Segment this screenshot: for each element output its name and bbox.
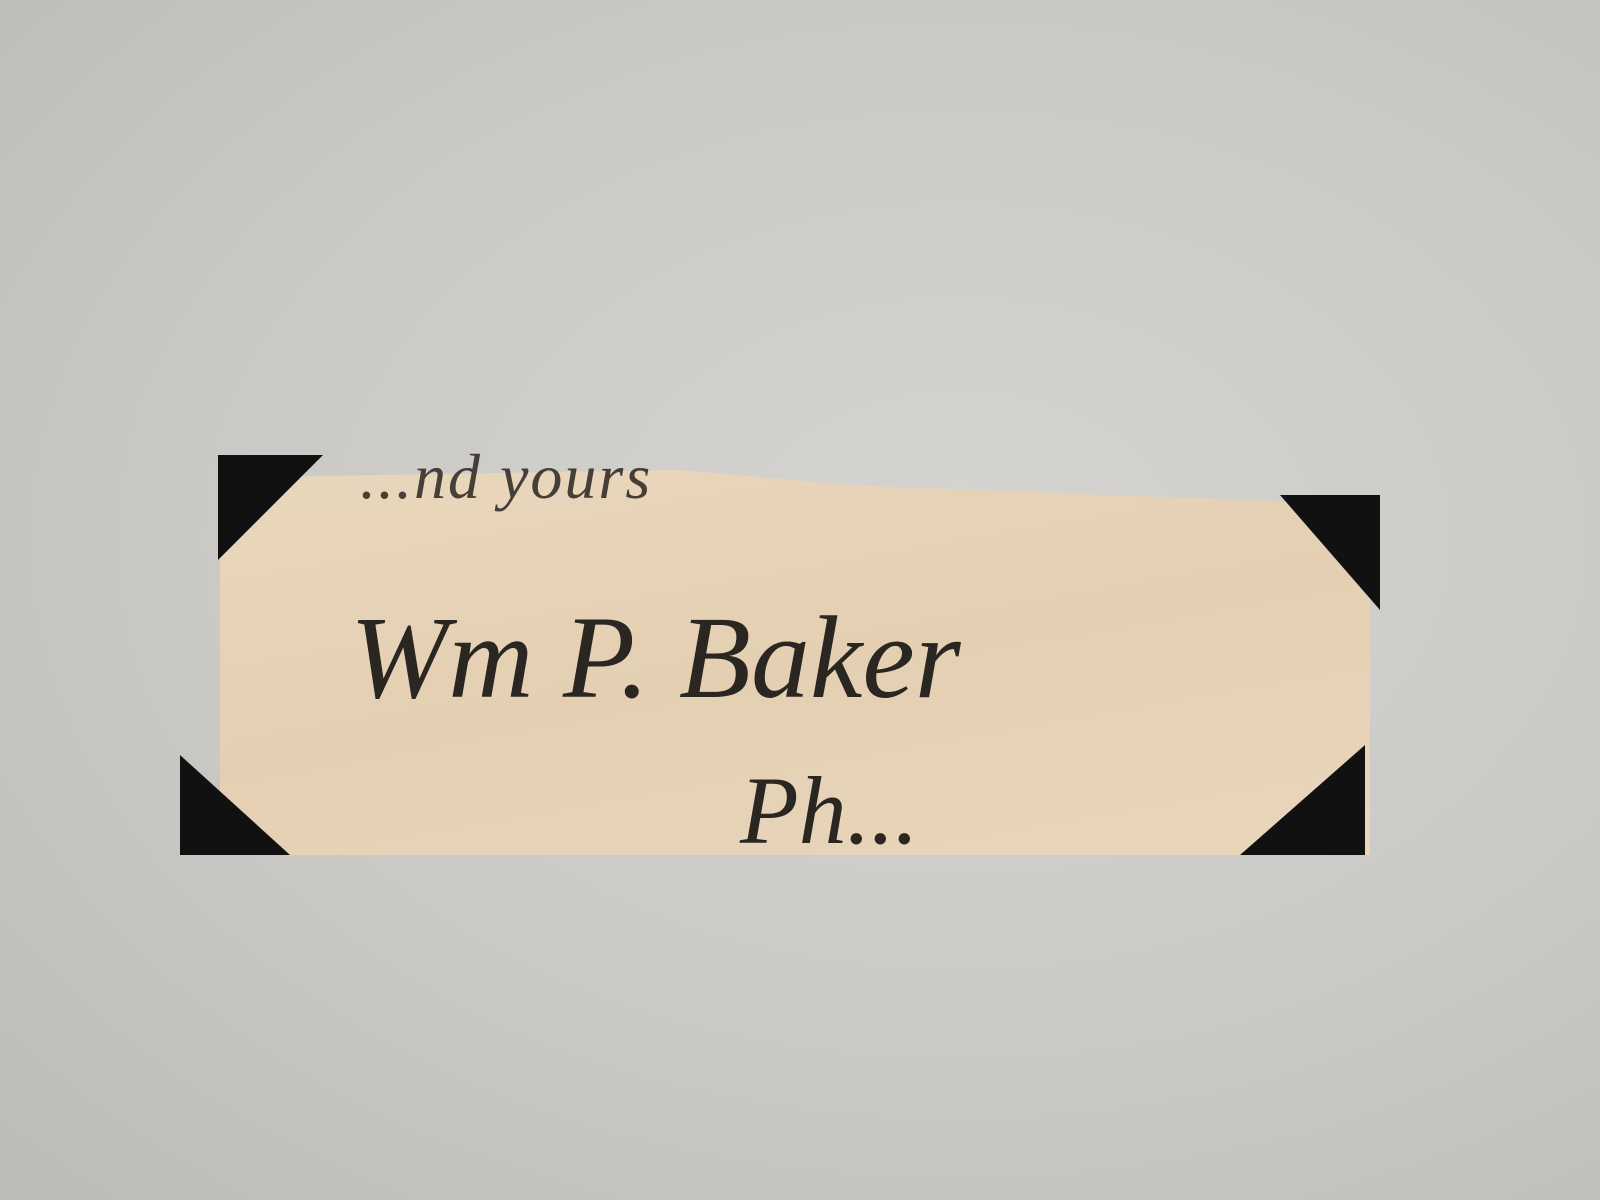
photo-corner-bottom-right <box>1240 745 1365 855</box>
partial-text-bottom: Ph... <box>740 755 919 866</box>
photo-corner-bottom-left <box>180 755 290 855</box>
photo-corner-top-right <box>1280 495 1380 610</box>
partial-text-top: ...nd yours <box>360 440 652 514</box>
handwritten-signature: Wm P. Baker <box>350 590 961 726</box>
photo-corner-top-left <box>218 455 323 560</box>
